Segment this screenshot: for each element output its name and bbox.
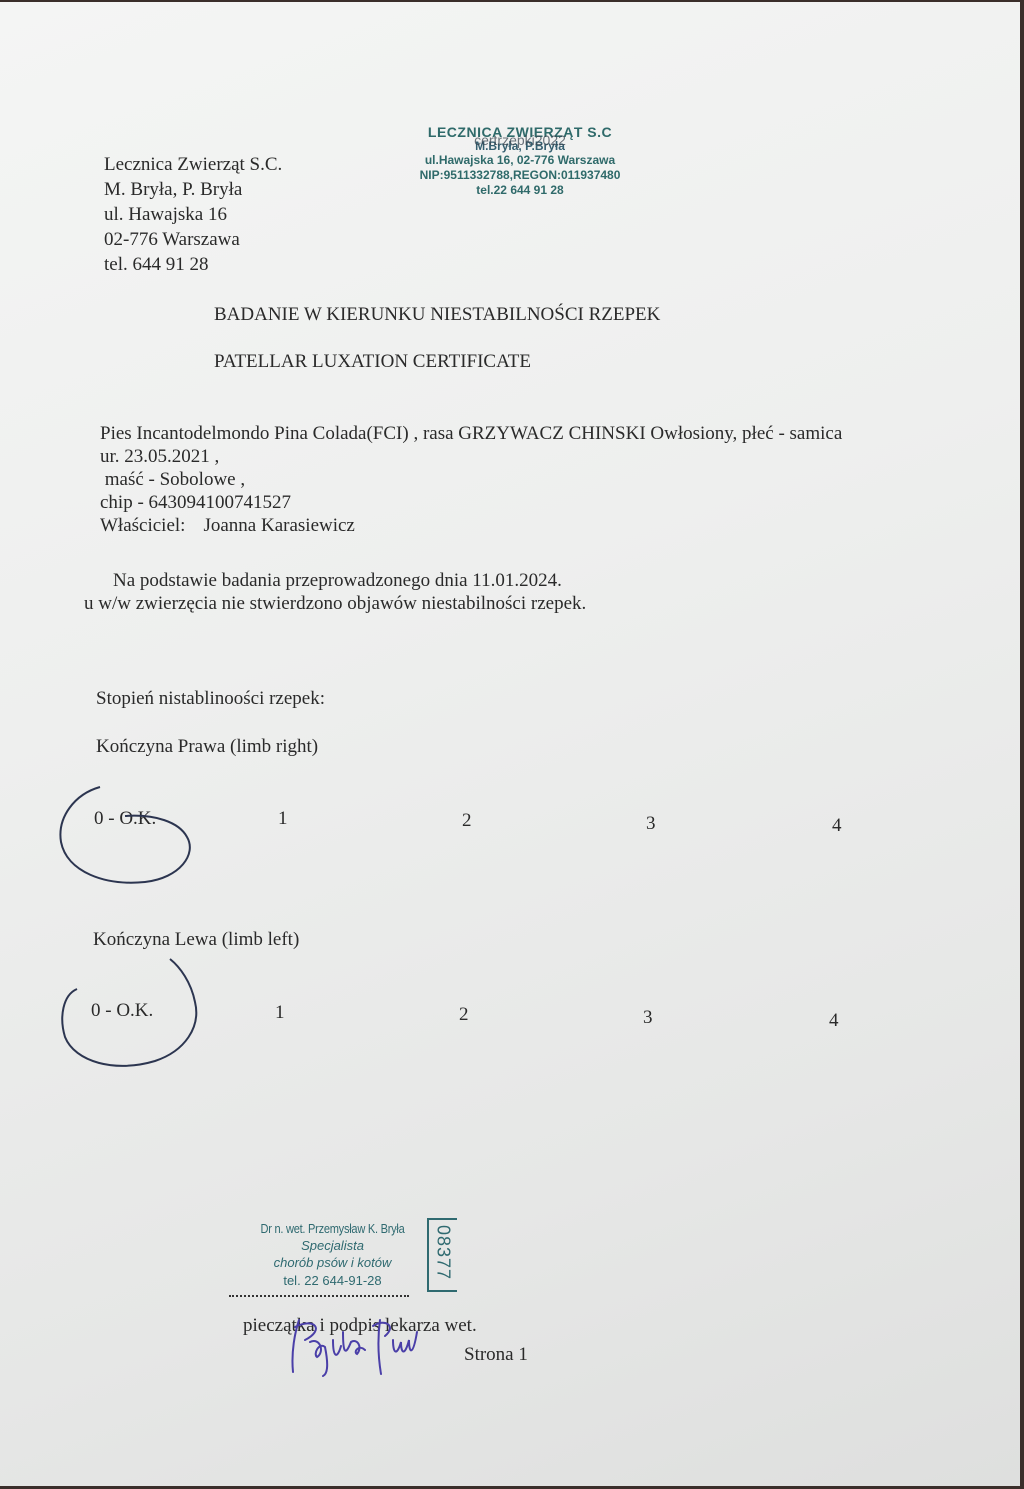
animal-color: maść - Sobolowe , [100,468,842,491]
animal-chip: chip - 643094100741527 [100,491,842,514]
doctor-phone: tel. 22 644-91-28 [240,1271,425,1290]
doctor-license-box: 08377 [427,1218,457,1292]
doctor-title: Specjalista [240,1237,425,1254]
right-grade-2: 2 [462,810,472,832]
exam-conclusion: u w/w zwierzęcia nie stwierdzono objawów… [84,592,586,615]
animal-details: Pies Incantodelmondo Pina Colada(FCI) , … [100,422,842,537]
doctor-name: Dr n. wet. Przemysław K. Bryła [254,1220,411,1237]
right-limb-label: Kończyna Prawa (limb right) [96,736,318,758]
left-grade-3: 3 [643,1007,653,1029]
owner-row: Właściciel:Joanna Karasiewicz [100,514,842,537]
certificate-page: Lecznica Zwierząt S.C. M. Bryła, P. Brył… [0,2,1020,1486]
clinic-name: Lecznica Zwierząt S.C. [104,152,282,177]
doctor-signature [285,1312,435,1382]
owner-name: Joanna Karasiewicz [203,515,354,536]
right-grade-4: 4 [832,815,842,837]
grading-title: Stopień nistablinoości rzepek: [96,688,325,710]
clinic-stamp: LECZNICA ZWIERZĄT S.C certrzepki2022 M.B… [395,124,645,198]
stamp-overlay-text: certrzepki2022 [395,132,645,148]
animal-name-breed: Pies Incantodelmondo Pina Colada(FCI) , … [100,422,842,445]
stamp-phone: tel.22 644 91 28 [395,183,645,198]
doctor-license-number: 08377 [433,1219,454,1287]
right-limb-selection-circle [55,782,200,892]
clinic-city: 02-776 Warszawa [104,227,282,252]
animal-birth-date: ur. 23.05.2021 , [100,445,842,468]
left-grade-1: 1 [275,1002,285,1024]
doctor-stamp: Dr n. wet. Przemysław K. Bryła Specjalis… [240,1220,425,1290]
right-grade-0: 0 - O.K. [94,808,156,830]
right-grade-1: 1 [278,808,288,830]
page-number: Strona 1 [464,1344,528,1366]
clinic-street: ul. Hawajska 16 [104,202,282,227]
clinic-address: Lecznica Zwierząt S.C. M. Bryła, P. Brył… [104,152,282,277]
left-grade-0: 0 - O.K. [91,1000,153,1022]
right-grade-3: 3 [646,813,656,835]
left-grade-2: 2 [459,1004,469,1026]
left-limb-label: Kończyna Lewa (limb left) [93,929,299,951]
exam-date-line: Na podstawie badania przeprowadzonego dn… [84,569,586,592]
left-grade-4: 4 [829,1010,839,1032]
signature-line [229,1295,409,1297]
doctor-specialty: chorób psów i kotów [240,1254,425,1271]
stamp-address: ul.Hawajska 16, 02-776 Warszawa [395,153,645,168]
document-title-pl: BADANIE W KIERUNKU NIESTABILNOŚCI RZEPEK [214,304,660,326]
clinic-owners: M. Bryła, P. Bryła [104,177,282,202]
owner-label: Właściciel: [100,515,185,536]
exam-result: Na podstawie badania przeprowadzonego dn… [84,569,586,615]
document-title-en: PATELLAR LUXATION CERTIFICATE [214,351,531,373]
clinic-phone: tel. 644 91 28 [104,252,282,277]
stamp-nip-regon: NIP:9511332788,REGON:011937480 [395,168,645,183]
